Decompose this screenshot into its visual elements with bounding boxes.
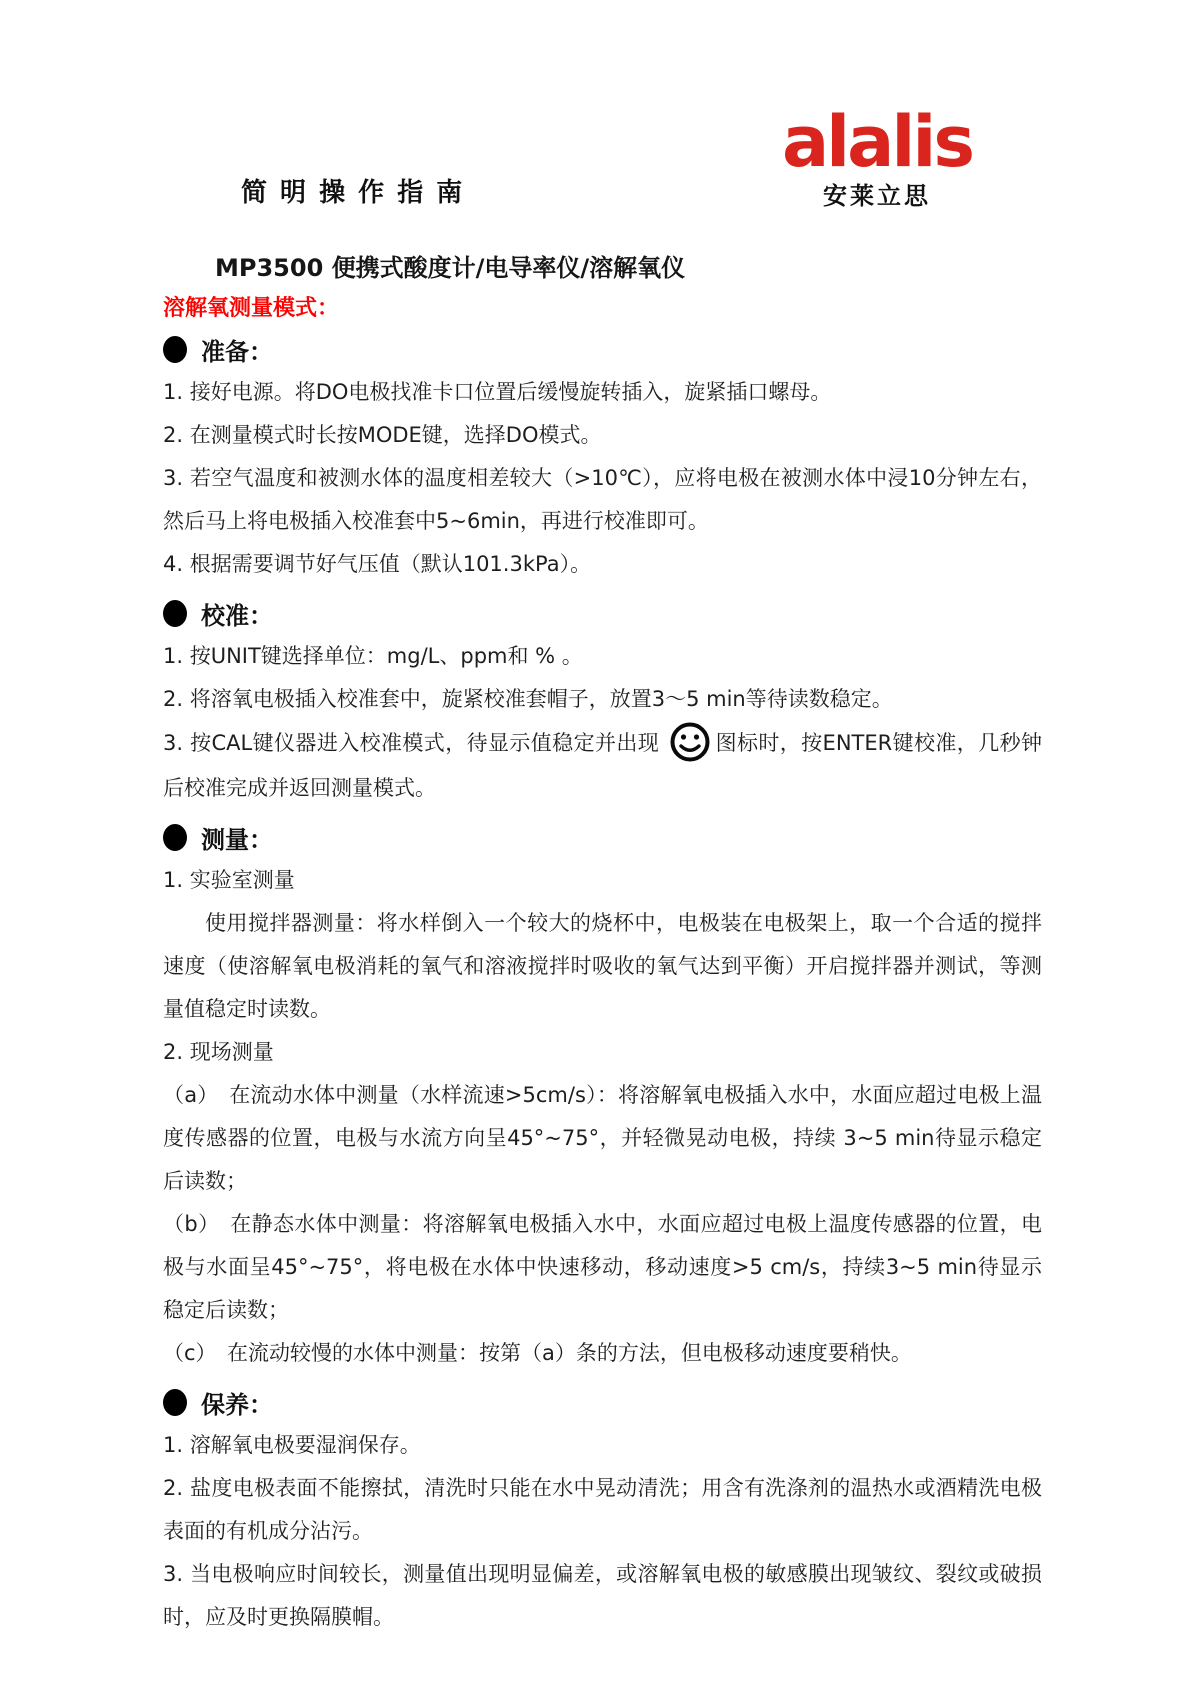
section-bullet-icon [163,600,187,627]
prepare-item-1: 1. 接好电源。将DO电极找准卡口位置后缓慢旋转插入，旋紧插口螺母。 [163,371,1042,414]
section-bullet-icon [163,336,187,363]
calibrate-item-2: 2. 将溶氧电极插入校准套中，旋紧校准套帽子，放置3～5 min等待读数稳定。 [163,678,1042,721]
measure-lab-title: 1. 实验室测量 [163,859,1042,902]
maintain-item-3: 3. 当电极响应时间较长，测量值出现明显偏差，或溶解氧电极的敏感膜出现皱纹、裂纹… [163,1553,1042,1639]
section-heading-maintain: 保养： [163,1385,1042,1420]
section-label: 测量： [201,820,273,855]
calibrate-item-1: 1. 按UNIT键选择单位：mg/L、ppm和 % 。 [163,635,1042,678]
page-title: 简 明 操 作 指 南 [241,172,464,209]
document-header: 简 明 操 作 指 南 alalis 安莱立思 [163,100,1042,238]
section-bullet-icon [163,824,187,851]
section-heading-prepare: 准备： [163,332,1042,367]
maintain-item-1: 1. 溶解氧电极要湿润保存。 [163,1424,1042,1467]
smiley-face-icon [669,721,711,763]
calibrate-item-3-text-before: 3. 按CAL键仪器进入校准模式，待显示值稳定并出现 [163,731,659,755]
prepare-item-2: 2. 在测量模式时长按MODE键，选择DO模式。 [163,414,1042,457]
prepare-item-3: 3. 若空气温度和被测水体的温度相差较大（>10℃），应将电极在被测水体中浸10… [163,457,1042,543]
logo-subtitle: 安莱立思 [763,184,991,208]
document-page: 简 明 操 作 指 南 alalis 安莱立思 MP3500 便携式酸度计/电导… [0,0,1200,1697]
prepare-item-4: 4. 根据需要调节好气压值（默认101.3kPa）。 [163,543,1042,586]
alalis-logo: alalis [763,106,991,180]
measure-lab-paragraph: 使用搅拌器测量：将水样倒入一个较大的烧杯中，电极装在电极架上，取一个合适的搅拌速… [163,902,1042,1031]
section-label: 准备： [201,332,273,367]
section-bullet-icon [163,1389,187,1416]
section-heading-measure: 测量： [163,820,1042,855]
section-heading-calibrate: 校准： [163,596,1042,631]
mode-title: 溶解氧测量模式： [163,291,1042,322]
measure-field-c: （c） 在流动较慢的水体中测量：按第（a）条的方法，但电极移动速度要稍快。 [163,1332,1042,1375]
product-title: MP3500 便携式酸度计/电导率仪/溶解氧仪 [215,248,1042,283]
measure-field-a: （a） 在流动水体中测量（水样流速>5cm/s）：将溶解氧电极插入水中，水面应超… [163,1074,1042,1203]
maintain-item-2: 2. 盐度电极表面不能擦拭，清洗时只能在水中晃动清洗；用含有洗涤剂的温热水或酒精… [163,1467,1042,1553]
section-label: 保养： [201,1385,273,1420]
page-content: 简 明 操 作 指 南 alalis 安莱立思 MP3500 便携式酸度计/电导… [0,0,1200,1639]
measure-field-b: （b） 在静态水体中测量：将溶解氧电极插入水中，水面应超过电极上温度传感器的位置… [163,1203,1042,1332]
calibrate-item-3: 3. 按CAL键仪器进入校准模式，待显示值稳定并出现 图标时，按ENTER键校准… [163,721,1042,810]
section-label: 校准： [201,596,273,631]
measure-field-title: 2. 现场测量 [163,1031,1042,1074]
brand-logo: alalis 安莱立思 [763,106,991,208]
